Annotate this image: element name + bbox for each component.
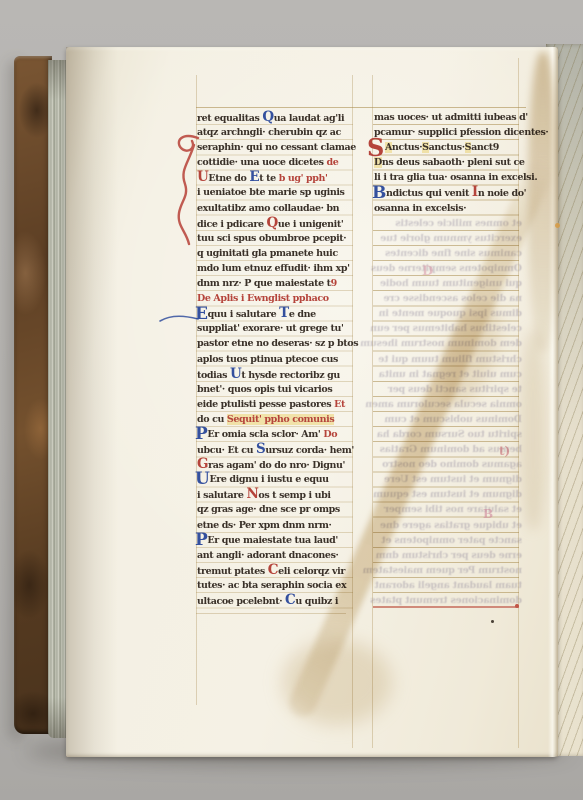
text-segment: S <box>367 143 384 153</box>
text-segment: U <box>195 474 209 484</box>
text-segment: ndictus qui venit <box>386 188 472 199</box>
text-segment: q uginitati gla pmanete huic <box>197 248 338 259</box>
bleedthrough-line: cum uiuit et regnat in unita <box>374 367 522 382</box>
bleedthrough-line: dem dominum nostrum ihesum <box>374 336 522 351</box>
text-segment: tutes· ac bta seraphin socia ex <box>197 580 346 591</box>
text-line: atqz archngli· cherubin qz ac <box>197 125 353 140</box>
bleedthrough-line: et omnes milicie celestis <box>374 216 522 231</box>
text-segment: dnm nrz· P que maiestate t <box>197 278 331 289</box>
text-segment: et ubique gratias agere dne <box>380 520 522 531</box>
text-segment: U <box>197 169 208 185</box>
text-segment: Q <box>267 215 278 231</box>
bleedthrough-line: dignum et iustum est equum <box>374 487 522 502</box>
text-line: Equu i salutare Te dne <box>197 306 353 321</box>
text-segment: n noie do' <box>478 188 526 199</box>
text-segment: E <box>249 169 259 185</box>
text-line: cottidie· una uoce dicetes de <box>197 155 353 170</box>
bleedthrough-line: te spiritus sancti deus per <box>374 382 522 397</box>
text-segment: Q <box>262 109 273 125</box>
bleedthrough-line: exercitus ymnum glorie tue <box>374 231 522 246</box>
text-segment: dominaciones tremunt ptates <box>370 595 522 606</box>
text-segment: os t semp i ubi <box>258 490 330 501</box>
text-line: dice i pdicare Que i unigenit' <box>197 216 353 231</box>
text-line: tremut ptates Celi celorqz vir <box>197 563 353 578</box>
bleedthrough-line: erne deus per christum dnm <box>374 548 522 563</box>
text-segment: dignum et iustum est equum <box>373 489 522 500</box>
text-line: pcamur· supplici pfession dicentes· <box>374 125 522 140</box>
text-line: Bndictus qui venit In noie do' <box>374 185 522 200</box>
text-line: exultatibz amo collaudae· bn <box>197 201 353 216</box>
text-segment: todias <box>197 370 230 381</box>
text-line: tutes· ac bta seraphin socia ex <box>197 578 353 593</box>
text-segment: u quibz i <box>295 596 338 607</box>
text-segment: suppliat' exorare· ut grege tu' <box>197 323 343 334</box>
red-rule-end-dot <box>515 604 519 608</box>
leather-cover <box>14 56 52 734</box>
text-line: ubcu· Et cu Sursuz corda· hem' <box>197 442 353 457</box>
text-segment: tuam laudant angeli adorant <box>375 580 522 591</box>
text-segment: erne deus per christum dnm <box>376 550 522 561</box>
bleedthrough-line: christum filium tuum qui te <box>374 352 522 367</box>
text-segment: mdo lum etnuz effudit· ihm xp' <box>197 263 350 274</box>
bleedthrough-line: spiritu tuo Sursum corda ha <box>374 427 522 442</box>
text-line: pastor etne no deseras· sz p btos <box>197 336 353 351</box>
text-segment: Omnipotens sempiterne deus <box>371 263 522 274</box>
text-segment: e dne <box>289 309 316 320</box>
text-segment: sancte pater omnipotens et <box>381 535 522 546</box>
text-segment: aplos tuos ptinua ptecoe cus <box>197 354 338 365</box>
text-line: ret equalitas Qua laudat ag'li <box>197 110 353 125</box>
text-line: ant angli· adorant dnacones· <box>197 548 353 563</box>
text-column-right: mas uoces· ut admitti iubeas d'pcamur· s… <box>374 110 522 608</box>
text-segment: N <box>246 486 258 502</box>
text-segment: b ug' pph' <box>279 173 328 184</box>
text-segment: tuu sci spus obumbroe pcepit· <box>197 233 346 244</box>
bleedthrough-line: na die celos ascendisse cre <box>374 291 522 306</box>
text-line: mdo lum etnuz effudit· ihm xp' <box>197 261 353 276</box>
text-segment: Er que maiestate tua laud' <box>207 535 338 546</box>
text-segment: canimus sine fine dicentes <box>385 248 522 259</box>
text-segment: quu i salutare <box>208 309 280 320</box>
text-segment: cum uiuit et regnat in unita <box>379 369 522 380</box>
text-segment: dice i pdicare <box>197 219 267 230</box>
text-segment: osanna in excelsis· <box>374 203 466 214</box>
text-segment: pastor etne no deseras· sz p btos <box>197 338 358 349</box>
bleedthrough-line: celestibus habitemus per eun <box>374 321 522 336</box>
bleedthrough-line: et salutare nos tibi semper <box>374 502 522 517</box>
text-line: ultacoe pcelebnt· Cu quibz i <box>197 593 353 608</box>
bleedthrough-line: dignum et iustum est Uere <box>374 472 522 487</box>
text-segment: et omnes milicie celestis <box>395 218 522 229</box>
text-segment: nostrum Per quem maiestatem <box>363 565 522 576</box>
text-segment: Et <box>334 399 345 410</box>
bleedthrough-line: sancte pater omnipotens et <box>374 533 522 548</box>
text-segment: D <box>374 157 382 168</box>
text-segment: P <box>195 535 207 545</box>
text-segment: et salutare nos tibi semper <box>384 504 522 515</box>
text-line: q uginitati gla pmanete huic <box>197 246 353 261</box>
bleedthrough-line: Omnipotens sempiterne deus <box>374 261 522 276</box>
text-segment: ret equalitas <box>197 113 262 124</box>
dark-speck <box>491 620 494 623</box>
text-line: mas uoces· ut admitti iubeas d' <box>374 110 522 125</box>
text-line: i salutare Nos t semp i ubi <box>197 487 353 502</box>
text-segment: cottidie· una uoce dicetes <box>197 157 326 168</box>
bleedthrough-line: omnia secula seculorum amen <box>374 397 522 412</box>
text-segment: ns deus sabaoth· pleni sut ce <box>382 157 525 168</box>
text-segment: i ueniatoe bte marie sp uginis <box>197 187 345 198</box>
text-segment: dignum et iustum est Uere <box>384 474 522 485</box>
bleedthrough-mark: B <box>483 507 493 521</box>
text-segment: C <box>285 592 295 608</box>
text-segment: anct9 <box>471 142 499 153</box>
text-line: osanna in excelsis· <box>374 201 522 216</box>
text-segment: Etne do <box>208 173 249 184</box>
bleedthrough-mark: D <box>422 264 433 279</box>
text-segment: A <box>385 142 392 153</box>
text-line: suppliat' exorare· ut grege tu' <box>197 321 353 336</box>
text-segment: omnia secula seculorum amen <box>365 399 522 410</box>
text-segment: dem dominum nostrum ihesum <box>360 338 522 349</box>
text-segment: t te <box>259 173 278 184</box>
text-segment: tremut ptates <box>197 566 268 577</box>
ruling-bottom-left <box>196 613 346 614</box>
text-segment: i salutare <box>197 490 246 501</box>
text-column-left: ret equalitas Qua laudat ag'liatqz archn… <box>197 110 353 608</box>
page-fore-edge-highlight <box>548 47 558 757</box>
text-segment: anctus· <box>429 142 465 153</box>
text-segment: ubcu· Et cu <box>197 445 256 456</box>
text-line: Dns deus sabaoth· pleni sut ce <box>374 155 522 170</box>
text-segment: li i tra glia tua· osanna in excelsi. <box>374 172 537 183</box>
text-line: seraphin· qui no cessant clamae <box>197 140 353 155</box>
text-segment: T <box>279 305 289 321</box>
text-segment: atqz archngli· cherubin qz ac <box>197 127 341 138</box>
text-segment: eli celorqz vir <box>278 566 345 577</box>
bleedthrough-line: qui unigenitum tuum hodie <box>374 276 522 291</box>
text-line: i ueniatoe bte marie sp uginis <box>197 185 353 200</box>
ruling-top-line <box>196 107 526 108</box>
text-segment: dimus ipsi quoque mente in <box>379 308 522 319</box>
text-segment: ant angli· adorant dnacones· <box>197 550 338 561</box>
text-segment: C <box>268 562 278 578</box>
text-segment: E <box>195 309 208 319</box>
text-segment: te spiritus sancti deus per <box>388 384 522 395</box>
text-segment: 9 <box>331 278 337 289</box>
text-segment: ua laudat ag'li <box>274 113 344 124</box>
text-line: PEr omia scla sclor· Am' Do <box>197 427 353 442</box>
text-line: tuu sci spus obumbroe pcepit· <box>197 231 353 246</box>
text-line: De Aplis i Ewnglist pphaco <box>197 291 353 306</box>
text-segment: exercitus ymnum glorie tue <box>380 233 522 244</box>
text-line: todias Ut hysde rectoribz gu <box>197 367 353 382</box>
text-segment: mas uoces· ut admitti iubeas d' <box>374 112 528 123</box>
text-segment: Er omia scla sclor· Am' <box>207 429 323 440</box>
bleedthrough-line: agamus domino deo nostro <box>374 457 522 472</box>
text-segment: ultacoe pcelebnt· <box>197 596 285 607</box>
text-segment: exultatibz amo collaudae· bn <box>197 203 339 214</box>
text-segment: P <box>195 429 207 439</box>
bleedthrough-line: Dominus uobiscum et cum <box>374 412 522 427</box>
text-segment: S <box>256 441 265 457</box>
text-line: do cu Sequit' ppho comunis <box>197 412 353 427</box>
text-segment: Ere dignu i iustu e equu <box>209 474 328 485</box>
text-segment: spiritu tuo Sursum corda ha <box>377 429 522 440</box>
text-segment: B <box>372 188 386 198</box>
text-line: etne ds· Per xpm dnm nrm· <box>197 518 353 533</box>
text-segment: nctus· <box>392 142 422 153</box>
text-line: qz gras age· dne sce pr omps <box>197 502 353 517</box>
text-segment: pcamur· supplici pfession dicentes· <box>374 127 548 138</box>
text-segment: de <box>326 157 338 168</box>
text-line: li i tra glia tua· osanna in excelsi. <box>374 170 522 185</box>
text-line: UEtne do Et te b ug' pph' <box>197 170 353 185</box>
text-line: dnm nrz· P que maiestate t9 <box>197 276 353 291</box>
text-segment: eide ptulisti pesse pastores <box>197 399 334 410</box>
text-segment: na die celos ascendisse cre <box>384 293 522 304</box>
bleedthrough-line: tuam laudant angeli adorant <box>374 578 522 593</box>
text-segment: ue i unigenit' <box>278 219 344 230</box>
text-line: SAnctus·Sanctus·Sanct9 <box>374 140 522 155</box>
text-segment: celestibus habitemus per eun <box>370 323 522 334</box>
text-line: bnet'· quos opis tui vicarios <box>197 382 353 397</box>
text-segment: christum filium tuum qui te <box>378 354 522 365</box>
text-segment: ras agam' do do nro· Dignu' <box>208 460 345 471</box>
text-line: Gras agam' do do nro· Dignu' <box>197 457 353 472</box>
text-segment: qui unigenitum tuum hodie <box>380 278 522 289</box>
text-segment: qz gras age· dne sce pr omps <box>197 504 340 515</box>
text-segment: bnet'· quos opis tui vicarios <box>197 384 332 395</box>
bleedthrough-line: nostrum Per quem maiestatem <box>374 563 522 578</box>
text-segment: ursuz corda· hem' <box>265 445 354 456</box>
text-line: aplos tuos ptinua ptecoe cus <box>197 352 353 367</box>
text-segment: t hysde rectoribz gu <box>241 370 340 381</box>
text-segment: U <box>230 366 241 382</box>
text-line: UEre dignu i iustu e equu <box>197 472 353 487</box>
bleedthrough-line: dominaciones tremunt ptates <box>374 593 522 608</box>
text-line: eide ptulisti pesse pastores Et <box>197 397 353 412</box>
bleedthrough-mark: t) <box>499 444 510 458</box>
text-line: PEr que maiestate tua laud' <box>197 533 353 548</box>
orange-speck <box>555 223 560 228</box>
text-segment: etne ds· Per xpm dnm nrm· <box>197 520 331 531</box>
text-segment: agamus domino deo nostro <box>382 459 522 470</box>
text-segment: seraphin· qui no cessant clamae <box>197 142 356 153</box>
text-segment: Dominus uobiscum et cum <box>385 414 522 425</box>
bleedthrough-line: et ubique gratias agere dne <box>374 518 522 533</box>
text-segment: De Aplis i Ewnglist pphaco <box>197 293 329 304</box>
text-segment: Sequit' ppho comunis <box>227 414 334 425</box>
gutter-shading <box>66 47 118 757</box>
text-segment: Do <box>323 429 337 440</box>
bleedthrough-line: canimus sine fine dicentes <box>374 246 522 261</box>
manuscript-photo: ret equalitas Qua laudat ag'liatqz archn… <box>0 0 583 800</box>
bleedthrough-line: dimus ipsi quoque mente in <box>374 306 522 321</box>
